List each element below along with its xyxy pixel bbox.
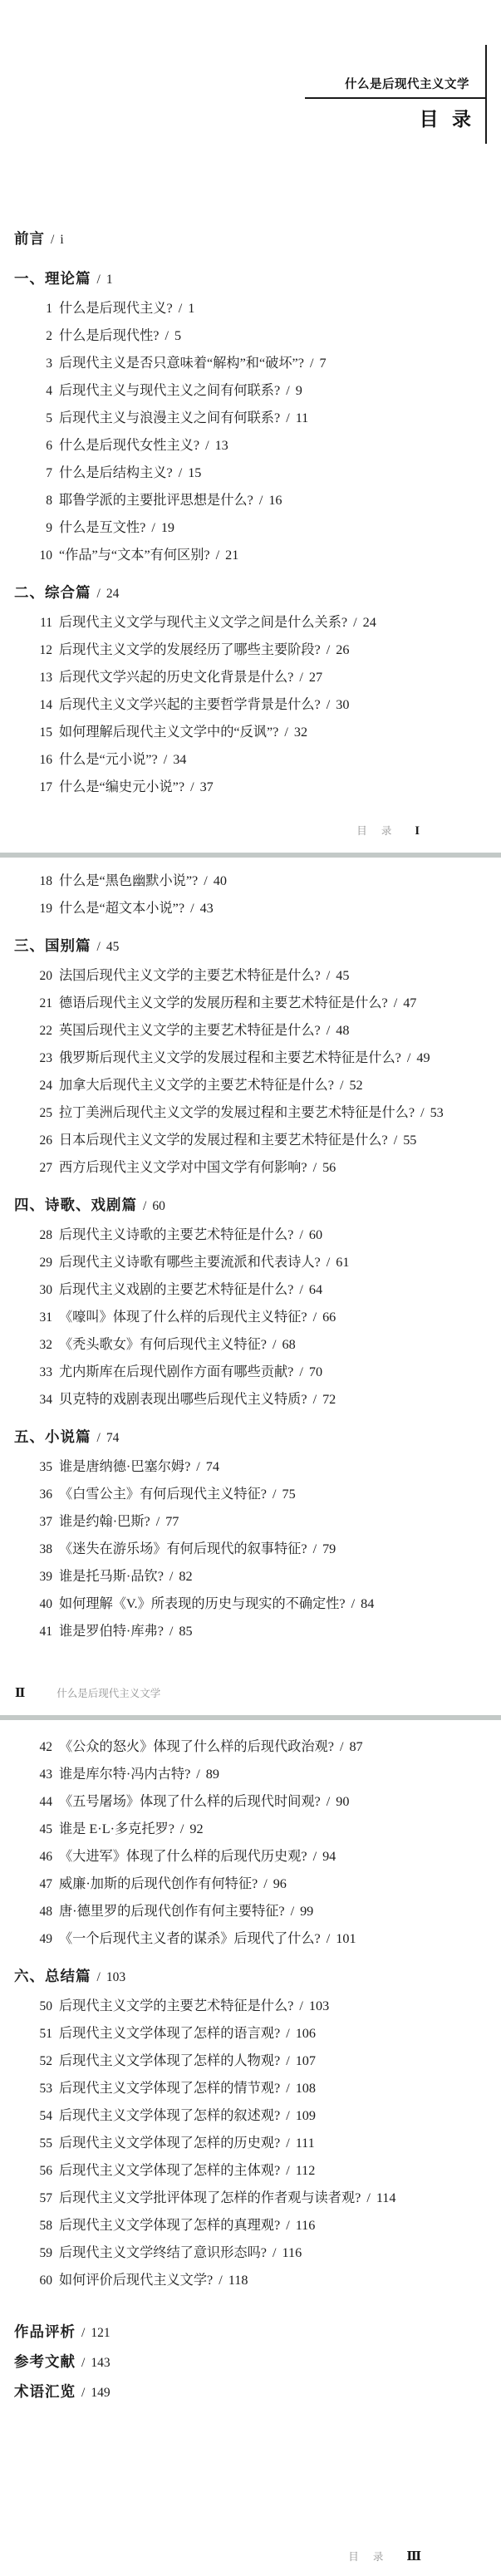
entry-label: 术语汇览: [14, 2383, 76, 2400]
item-text: 后现代主义文学体现了怎样的语言观?: [59, 2026, 280, 2041]
item-text: 《白雪公主》有何后现代主义特征?: [59, 1487, 267, 1502]
section-page: 74: [106, 1431, 120, 1445]
toc-item-6: 6什么是后现代女性主义?/13: [0, 432, 501, 460]
item-text: 什么是“编史元小说”?: [59, 779, 184, 794]
item-page: 48: [336, 1023, 349, 1038]
toc-item-16: 16什么是“元小说”?/34: [0, 746, 501, 774]
item-page: 99: [300, 1904, 313, 1919]
toc-item-30: 30后现代主义戏剧的主要艺术特征是什么?/64: [0, 1276, 501, 1304]
item-text: 后现代主义与现代主义之间有何联系?: [59, 383, 280, 398]
footer-page-number: Ⅲ: [406, 2550, 421, 2564]
section-label: 四、诗歌、戏剧篇: [14, 1197, 137, 1213]
item-text: 后现代文学兴起的历史文化背景是什么?: [59, 670, 293, 685]
item-text: 谁是 E·L·多克托罗?: [59, 1821, 174, 1836]
item-text: 后现代主义文学兴起的主要哲学背景是什么?: [59, 697, 321, 712]
item-text: 什么是“元小说”?: [59, 752, 158, 767]
item-text: 后现代主义与浪漫主义之间有何联系?: [59, 410, 280, 425]
item-page: 47: [403, 995, 416, 1010]
item-page: 77: [165, 1514, 179, 1529]
toc-item-32: 32《秃头歌女》有何后现代主义特征?/68: [0, 1331, 501, 1359]
toc-section-6: 六、总结篇/103: [0, 1961, 501, 1993]
toc-item-7: 7什么是后结构主义?/15: [0, 460, 501, 487]
item-text: 如何评价后现代主义文学?: [59, 2273, 213, 2288]
item-page: 34: [173, 752, 186, 767]
toc-item-53: 53后现代主义文学体现了怎样的情节观?/108: [0, 2075, 501, 2102]
section-label: 三、国别篇: [14, 937, 91, 954]
item-text: 如何理解《V.》所表现的历史与现实的不确定性?: [59, 1596, 346, 1611]
item-text: 拉丁美洲后现代主义文学的发展过程和主要艺术特征是什么?: [59, 1105, 415, 1120]
item-text: 后现代主义诗歌有哪些主要流派和代表诗人?: [59, 1255, 321, 1270]
item-text: 什么是“超文本小说”?: [59, 901, 184, 916]
item-text: “作品”与“文本”有何区别?: [59, 548, 210, 563]
page-footer-2: Ⅱ什么是后现代主义文学: [15, 1685, 160, 1702]
toc-section-1: 一、理论篇/1: [0, 263, 501, 295]
toc-item-54: 54后现代主义文学体现了怎样的叙述观?/109: [0, 2102, 501, 2130]
entry-label: 作品评析: [14, 2323, 76, 2340]
toc-item-39: 39谁是托马斯·品钦?/82: [0, 1563, 501, 1590]
item-page: 1: [188, 301, 194, 316]
toc-item-60: 60如何评价后现代主义文学?/118: [0, 2267, 501, 2294]
page-footer-1: 目 录I: [356, 823, 420, 839]
toc-item-4: 4后现代主义与现代主义之间有何联系?/9: [0, 377, 501, 405]
section-page: 24: [106, 587, 120, 601]
item-page: 94: [322, 1849, 336, 1864]
item-page: 5: [174, 328, 181, 343]
item-text: 谁是约翰·巴斯?: [59, 1514, 150, 1529]
item-text: 尤内斯库在后现代剧作方面有哪些贡献?: [59, 1364, 293, 1379]
toc-item-5: 5后现代主义与浪漫主义之间有何联系?/11: [0, 405, 501, 432]
item-page: 68: [282, 1337, 296, 1352]
item-text: 德语后现代主义文学的发展历程和主要艺术特征是什么?: [59, 995, 388, 1010]
toc-item-18: 18什么是“黑色幽默小说”?/40: [0, 868, 501, 895]
item-page: 111: [296, 2136, 315, 2151]
toc-page-1: 前言/i 一、理论篇/1 1什么是后现代主义?/1 2什么是后现代性?/5 3后…: [0, 224, 501, 801]
item-page: 60: [309, 1227, 322, 1242]
toc-item-40: 40如何理解《V.》所表现的历史与现实的不确定性?/84: [0, 1590, 501, 1618]
item-text: 加拿大后现代主义文学的主要艺术特征是什么?: [59, 1078, 334, 1093]
item-text: 什么是互文性?: [59, 520, 145, 535]
item-text: 谁是唐纳德·巴塞尔姆?: [59, 1459, 190, 1474]
toc-item-26: 26日本后现代主义文学的发展过程和主要艺术特征是什么?/55: [0, 1127, 501, 1154]
item-page: 82: [179, 1569, 192, 1584]
toc-entry-appraisals: 作品评析/121: [0, 2318, 501, 2347]
toc-item-31: 31《嚎叫》体现了什么样的后现代主义特征?/66: [0, 1304, 501, 1331]
toc-entry-glossary: 术语汇览/149: [0, 2377, 501, 2407]
entry-label: 参考文献: [14, 2353, 76, 2370]
toc-item-27: 27西方后现代主义文学对中国文学有何影响?/56: [0, 1154, 501, 1182]
item-page: 92: [189, 1821, 203, 1836]
toc-item-2: 2什么是后现代性?/5: [0, 322, 501, 350]
item-text: 什么是后现代性?: [59, 328, 160, 343]
toc-item-49: 49《一个后现代主义者的谋杀》后现代了什么?/101: [0, 1925, 501, 1953]
toc-item-15: 15如何理解后现代主义文学中的“反讽”?/32: [0, 719, 501, 746]
item-page: 56: [322, 1160, 336, 1175]
item-page: 43: [200, 901, 214, 916]
toc-item-46: 46《大进军》体现了什么样的后现代历史观?/94: [0, 1843, 501, 1871]
item-text: 《大进军》体现了什么样的后现代历史观?: [59, 1849, 307, 1864]
item-page: 103: [309, 1998, 329, 2013]
toc-item-45: 45谁是 E·L·多克托罗?/92: [0, 1816, 501, 1843]
item-page: 61: [336, 1255, 349, 1270]
toc-section-2: 二、综合篇/24: [0, 578, 501, 609]
toc-item-1: 1什么是后现代主义?/1: [0, 295, 501, 322]
item-text: 俄罗斯后现代主义文学的发展过程和主要艺术特征是什么?: [59, 1050, 401, 1065]
toc-item-35: 35谁是唐纳德·巴塞尔姆?/74: [0, 1453, 501, 1481]
item-text: 法国后现代主义文学的主要艺术特征是什么?: [59, 968, 321, 983]
item-text: 《秃头歌女》有何后现代主义特征?: [59, 1337, 267, 1352]
page-divider: [0, 1715, 501, 1720]
toc-item-24: 24加拿大后现代主义文学的主要艺术特征是什么?/52: [0, 1072, 501, 1099]
footer-label: 目 录: [348, 2551, 383, 2563]
toc-entry-references: 参考文献/143: [0, 2347, 501, 2377]
header-vertical-rule: [485, 45, 487, 144]
toc-item-11: 11后现代主义文学与现代主义文学之间是什么关系?/24: [0, 609, 501, 637]
item-text: 后现代主义文学终结了意识形态吗?: [59, 2245, 267, 2260]
item-page: 84: [361, 1596, 374, 1611]
toc-item-42: 42《公众的怒火》体现了什么样的后现代政治观?/87: [0, 1733, 501, 1761]
page-title-toc: 目 录: [420, 107, 471, 130]
toc-item-28: 28后现代主义诗歌的主要艺术特征是什么?/60: [0, 1222, 501, 1249]
item-page: 66: [322, 1310, 336, 1325]
item-page: 114: [376, 2190, 396, 2205]
toc-item-58: 58后现代主义文学体现了怎样的真理观?/116: [0, 2212, 501, 2239]
toc-item-57: 57后现代主义文学批评体现了怎样的作者观与读者观?/114: [0, 2185, 501, 2212]
toc-item-51: 51后现代主义文学体现了怎样的语言观?/106: [0, 2020, 501, 2048]
toc-item-20: 20法国后现代主义文学的主要艺术特征是什么?/45: [0, 962, 501, 990]
item-page: 27: [309, 670, 322, 685]
entry-page: 143: [91, 2356, 110, 2370]
item-page: 89: [206, 1767, 219, 1782]
toc-item-29: 29后现代主义诗歌有哪些主要流派和代表诗人?/61: [0, 1249, 501, 1276]
toc-item-52: 52后现代主义文学体现了怎样的人物观?/107: [0, 2048, 501, 2075]
toc-item-12: 12后现代主义文学的发展经历了哪些主要阶段?/26: [0, 637, 501, 664]
item-page: 24: [363, 615, 376, 630]
item-text: 贝克特的戏剧表现出哪些后现代主义特质?: [59, 1392, 307, 1407]
item-text: 后现代主义文学批评体现了怎样的作者观与读者观?: [59, 2190, 361, 2205]
toc-item-25: 25拉丁美洲后现代主义文学的发展过程和主要艺术特征是什么?/53: [0, 1099, 501, 1127]
item-text: 后现代主义文学的发展经历了哪些主要阶段?: [59, 642, 321, 657]
footer-page-number: I: [415, 824, 420, 838]
item-page: 21: [225, 548, 238, 563]
item-page: 116: [282, 2245, 302, 2260]
item-page: 101: [336, 1931, 356, 1946]
item-text: 日本后现代主义文学的发展过程和主要艺术特征是什么?: [59, 1133, 388, 1148]
toc-item-56: 56后现代主义文学体现了怎样的主体观?/112: [0, 2157, 501, 2185]
item-page: 85: [179, 1624, 192, 1639]
toc-section-4: 四、诗歌、戏剧篇/60: [0, 1190, 501, 1222]
page-footer-3: 目 录Ⅲ: [348, 2549, 421, 2565]
item-page: 7: [319, 356, 326, 371]
item-text: 什么是后现代主义?: [59, 301, 173, 316]
section-page: 1: [106, 273, 113, 287]
item-page: 90: [336, 1794, 349, 1809]
toc-item-21: 21德语后现代主义文学的发展历程和主要艺术特征是什么?/47: [0, 990, 501, 1017]
section-label: 二、综合篇: [14, 584, 91, 601]
item-page: 49: [416, 1050, 430, 1065]
item-text: 谁是托马斯·品钦?: [59, 1569, 164, 1584]
item-page: 108: [296, 2081, 316, 2096]
item-page: 55: [403, 1133, 416, 1148]
section-label: 六、总结篇: [14, 1968, 91, 1984]
item-page: 112: [296, 2163, 316, 2178]
item-page: 9: [296, 383, 302, 398]
item-text: 唐·德里罗的后现代创作有何主要特征?: [59, 1904, 285, 1919]
toc-section-5: 五、小说篇/74: [0, 1422, 501, 1453]
item-page: 16: [268, 493, 282, 508]
toc-item-59: 59后现代主义文学终结了意识形态吗?/116: [0, 2239, 501, 2267]
toc-item-48: 48唐·德里罗的后现代创作有何主要特征?/99: [0, 1898, 501, 1925]
item-text: 后现代主义文学体现了怎样的叙述观?: [59, 2108, 280, 2123]
item-text: 后现代主义文学体现了怎样的历史观?: [59, 2136, 280, 2151]
item-text: 什么是后结构主义?: [59, 465, 173, 480]
item-page: 118: [228, 2273, 248, 2288]
toc-item-55: 55后现代主义文学体现了怎样的历史观?/111: [0, 2130, 501, 2157]
section-page: 103: [106, 1970, 125, 1984]
section-label: 五、小说篇: [14, 1428, 91, 1445]
page-divider: [0, 853, 501, 858]
toc-item-34: 34贝克特的戏剧表现出哪些后现代主义特质?/72: [0, 1386, 501, 1413]
item-text: 耶鲁学派的主要批评思想是什么?: [59, 493, 253, 508]
toc-item-36: 36《白雪公主》有何后现代主义特征?/75: [0, 1481, 501, 1508]
item-page: 19: [161, 520, 174, 535]
toc-item-14: 14后现代主义文学兴起的主要哲学背景是什么?/30: [0, 691, 501, 719]
item-text: 谁是罗伯特·库弗?: [59, 1624, 164, 1639]
toc-page-3: 42《公众的怒火》体现了什么样的后现代政治观?/87 43谁是库尔特·冯内古特?…: [0, 1733, 501, 2407]
toc-section-3: 三、国别篇/45: [0, 931, 501, 962]
item-text: 《公众的怒火》体现了什么样的后现代政治观?: [59, 1739, 334, 1754]
toc-item-44: 44《五号屠场》体现了什么样的后现代时间观?/90: [0, 1788, 501, 1816]
item-page: 72: [322, 1392, 336, 1407]
entry-page: 121: [91, 2326, 110, 2340]
item-text: 后现代主义戏剧的主要艺术特征是什么?: [59, 1282, 293, 1297]
item-page: 70: [309, 1364, 322, 1379]
footer-label: 目 录: [356, 825, 391, 837]
item-page: 45: [336, 968, 349, 983]
toc-item-23: 23俄罗斯后现代主义文学的发展过程和主要艺术特征是什么?/49: [0, 1045, 501, 1072]
item-page: 75: [282, 1487, 296, 1502]
toc-item-41: 41谁是罗伯特·库弗?/85: [0, 1618, 501, 1645]
item-text: 西方后现代主义文学对中国文学有何影响?: [59, 1160, 307, 1175]
item-page: 74: [206, 1459, 219, 1474]
item-page: 11: [296, 410, 309, 425]
toc-item-10: 10“作品”与“文本”有何区别?/21: [0, 542, 501, 569]
item-text: 谁是库尔特·冯内古特?: [59, 1767, 190, 1782]
item-page: 53: [430, 1105, 444, 1120]
footer-page-number: Ⅱ: [15, 1687, 25, 1700]
item-page: 13: [215, 438, 228, 453]
item-page: 107: [296, 2053, 316, 2068]
item-text: 《嚎叫》体现了什么样的后现代主义特征?: [59, 1310, 307, 1325]
toc-item-33: 33尤内斯库在后现代剧作方面有哪些贡献?/70: [0, 1359, 501, 1386]
toc-item-19: 19什么是“超文本小说”?/43: [0, 895, 501, 922]
toc-page-2: 18什么是“黑色幽默小说”?/40 19什么是“超文本小说”?/43 三、国别篇…: [0, 868, 501, 1645]
toc-item-50: 50后现代主义文学的主要艺术特征是什么?/103: [0, 1993, 501, 2020]
item-page: 40: [214, 873, 227, 888]
item-text: 后现代主义文学体现了怎样的主体观?: [59, 2163, 280, 2178]
item-page: 52: [349, 1078, 362, 1093]
item-text: 后现代主义诗歌的主要艺术特征是什么?: [59, 1227, 293, 1242]
toc-item-22: 22英国后现代主义文学的主要艺术特征是什么?/48: [0, 1017, 501, 1045]
toc-item-37: 37谁是约翰·巴斯?/77: [0, 1508, 501, 1536]
item-text: 后现代主义文学体现了怎样的情节观?: [59, 2081, 280, 2096]
item-page: 26: [336, 642, 349, 657]
toc-item-9: 9什么是互文性?/19: [0, 514, 501, 542]
item-page: 32: [294, 725, 307, 740]
item-page: 79: [322, 1541, 336, 1556]
item-text: 后现代主义文学与现代主义文学之间是什么关系?: [59, 615, 347, 630]
item-text: 后现代主义文学的主要艺术特征是什么?: [59, 1998, 293, 2013]
item-text: 什么是后现代女性主义?: [59, 438, 199, 453]
running-head-book-title: 什么是后现代主义文学: [345, 76, 469, 93]
section-page: 45: [106, 940, 120, 954]
header-rule: [305, 97, 485, 99]
item-text: 什么是“黑色幽默小说”?: [59, 873, 198, 888]
toc-item-3: 3后现代主义是否只意味着“解构”和“破坏”?/7: [0, 350, 501, 377]
toc-item-17: 17什么是“编史元小说”?/37: [0, 774, 501, 801]
item-page: 109: [296, 2108, 316, 2123]
item-page: 30: [336, 697, 349, 712]
item-page: 64: [309, 1282, 322, 1297]
entry-label: 前言: [14, 230, 45, 247]
item-page: 106: [296, 2026, 316, 2041]
entry-page: 149: [91, 2386, 110, 2400]
toc-item-8: 8耶鲁学派的主要批评思想是什么?/16: [0, 487, 501, 514]
footer-label: 什么是后现代主义文学: [56, 1688, 160, 1699]
entry-page: i: [60, 233, 63, 247]
item-page: 96: [273, 1876, 287, 1891]
item-text: 威廉·加斯的后现代创作有何特征?: [59, 1876, 258, 1891]
section-page: 60: [152, 1199, 165, 1213]
item-text: 《一个后现代主义者的谋杀》后现代了什么?: [59, 1931, 321, 1946]
item-page: 87: [349, 1739, 362, 1754]
toc-item-13: 13后现代文学兴起的历史文化背景是什么?/27: [0, 664, 501, 691]
item-page: 116: [296, 2218, 316, 2233]
item-text: 如何理解后现代主义文学中的“反讽”?: [59, 725, 278, 740]
toc-entry-foreword: 前言/i: [0, 224, 501, 255]
item-text: 《迷失在游乐场》有何后现代的叙事特征?: [59, 1541, 307, 1556]
item-text: 《五号屠场》体现了什么样的后现代时间观?: [59, 1794, 321, 1809]
item-text: 后现代主义文学体现了怎样的人物观?: [59, 2053, 280, 2068]
item-text: 后现代主义文学体现了怎样的真理观?: [59, 2218, 280, 2233]
item-page: 37: [200, 779, 214, 794]
item-text: 后现代主义是否只意味着“解构”和“破坏”?: [59, 356, 304, 371]
toc-item-43: 43谁是库尔特·冯内古特?/89: [0, 1761, 501, 1788]
toc-item-47: 47威廉·加斯的后现代创作有何特征?/96: [0, 1871, 501, 1898]
toc-item-38: 38《迷失在游乐场》有何后现代的叙事特征?/79: [0, 1536, 501, 1563]
section-label: 一、理论篇: [14, 270, 91, 287]
item-text: 英国后现代主义文学的主要艺术特征是什么?: [59, 1023, 321, 1038]
item-page: 15: [188, 465, 201, 480]
